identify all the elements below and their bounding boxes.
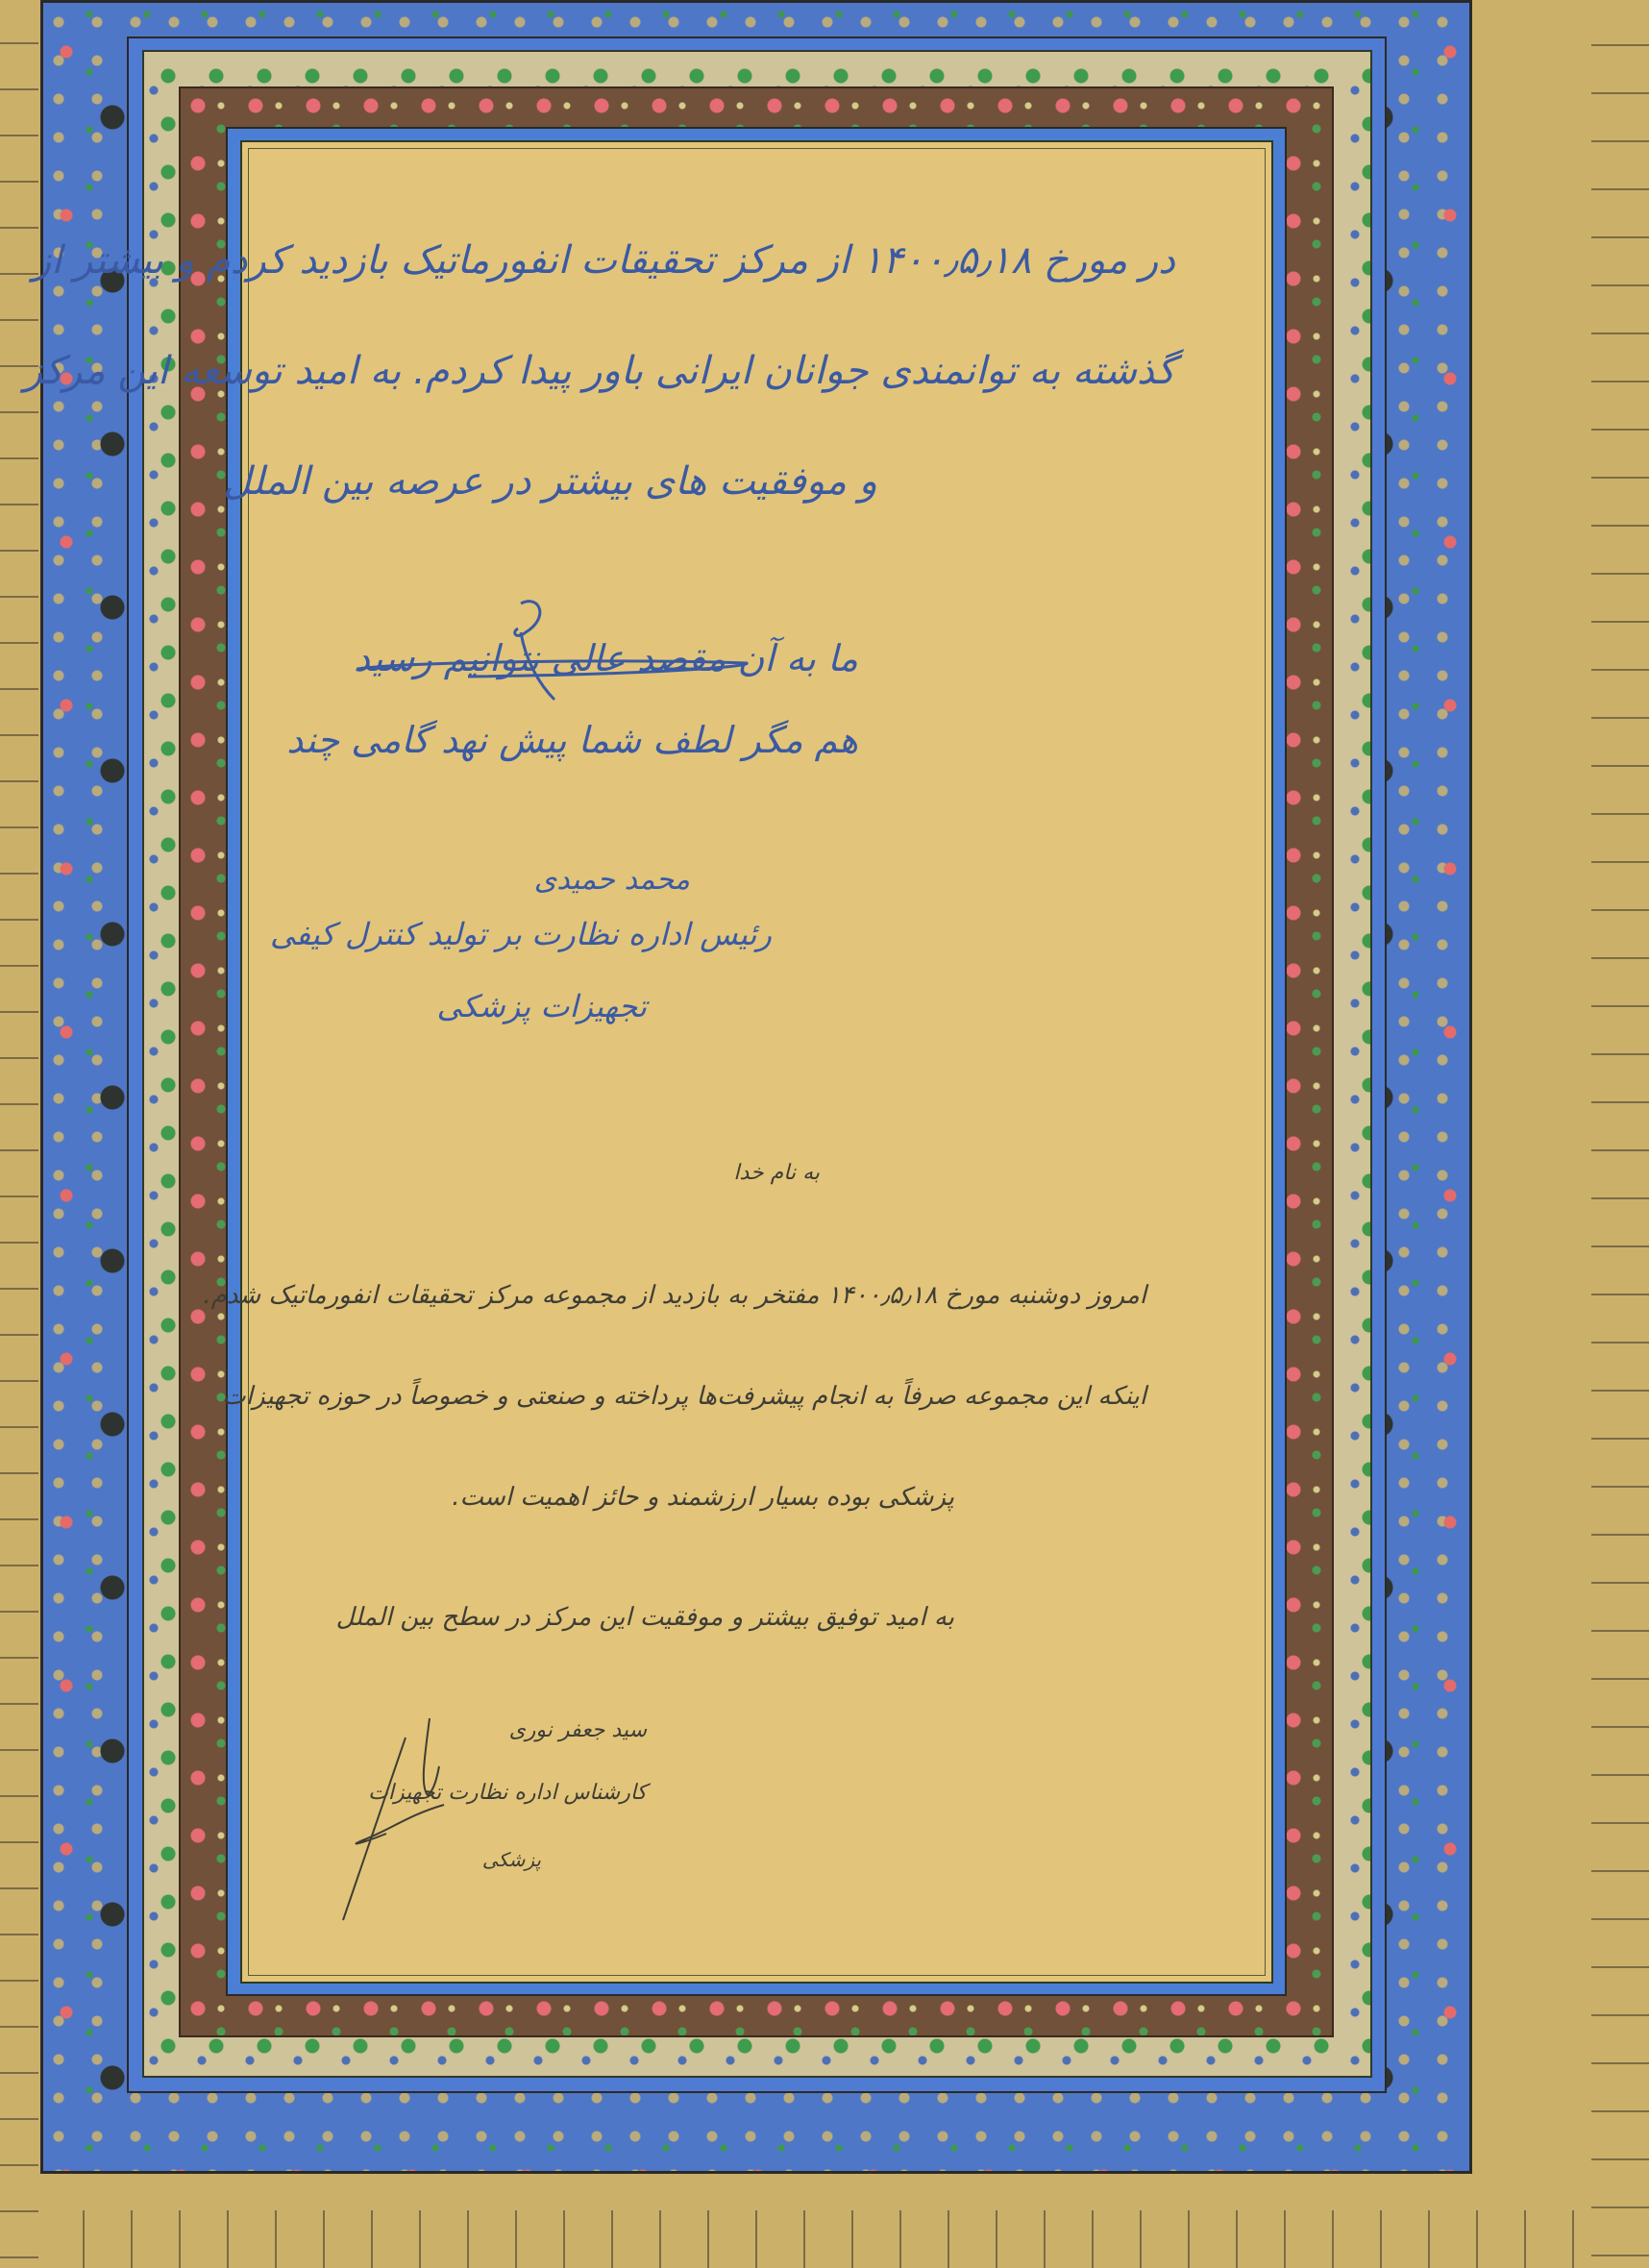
signature-2-icon xyxy=(333,1699,478,1930)
left-tassel-ornament xyxy=(0,0,38,2268)
note1-line-1: در مورخ ۱۴۰۰٫۵٫۱۸ از مرکز تحقیقات انفورم… xyxy=(33,238,1175,283)
note1-verse-2: هم مگر لطف شما پیش نهد گامی چند xyxy=(286,719,858,761)
note2-line-2: اینکه این مجموعه صرفاً به انجام پیشرفت‌ه… xyxy=(222,1382,1146,1411)
note1-line-2: گذشته به توانمندی جوانان ایرانی باور پید… xyxy=(24,349,1175,393)
signature-1-name: محمد حمیدی xyxy=(534,863,690,897)
signature-2-title-2: پزشکی xyxy=(482,1848,541,1871)
note2-line-4: به امید توفیق بیشتر و موفقیت این مرکز در… xyxy=(336,1603,954,1632)
signature-1-title-2: تجهیزات پزشکی xyxy=(436,988,647,1024)
signature-2-title: کارشناس اداره نظارت تجهیزات xyxy=(368,1781,647,1805)
note2-line-1: امروز دوشنبه مورخ ۱۴۰۰٫۵٫۱۸ مفتخر به باز… xyxy=(203,1281,1146,1310)
signature-1-title: رئیس اداره نظارت بر تولید کنترل کیفی xyxy=(270,916,772,952)
writing-panel: در مورخ ۱۴۰۰٫۵٫۱۸ از مرکز تحقیقات انفورم… xyxy=(240,140,1273,1984)
right-tassel-ornament xyxy=(1591,0,1649,2268)
note2-heading: به نام خدا xyxy=(733,1161,820,1185)
note2-line-3: پزشکی بوده بسیار ارزشمند و حائز اهمیت اس… xyxy=(452,1483,954,1512)
signature-2-name: سید جعفر نوری xyxy=(509,1718,647,1742)
bottom-tassel-ornament xyxy=(38,2210,1576,2268)
signature-1-icon xyxy=(353,594,756,709)
note1-line-3: و موفقیت های بیشتر در عرصه بین الملل xyxy=(223,459,877,504)
